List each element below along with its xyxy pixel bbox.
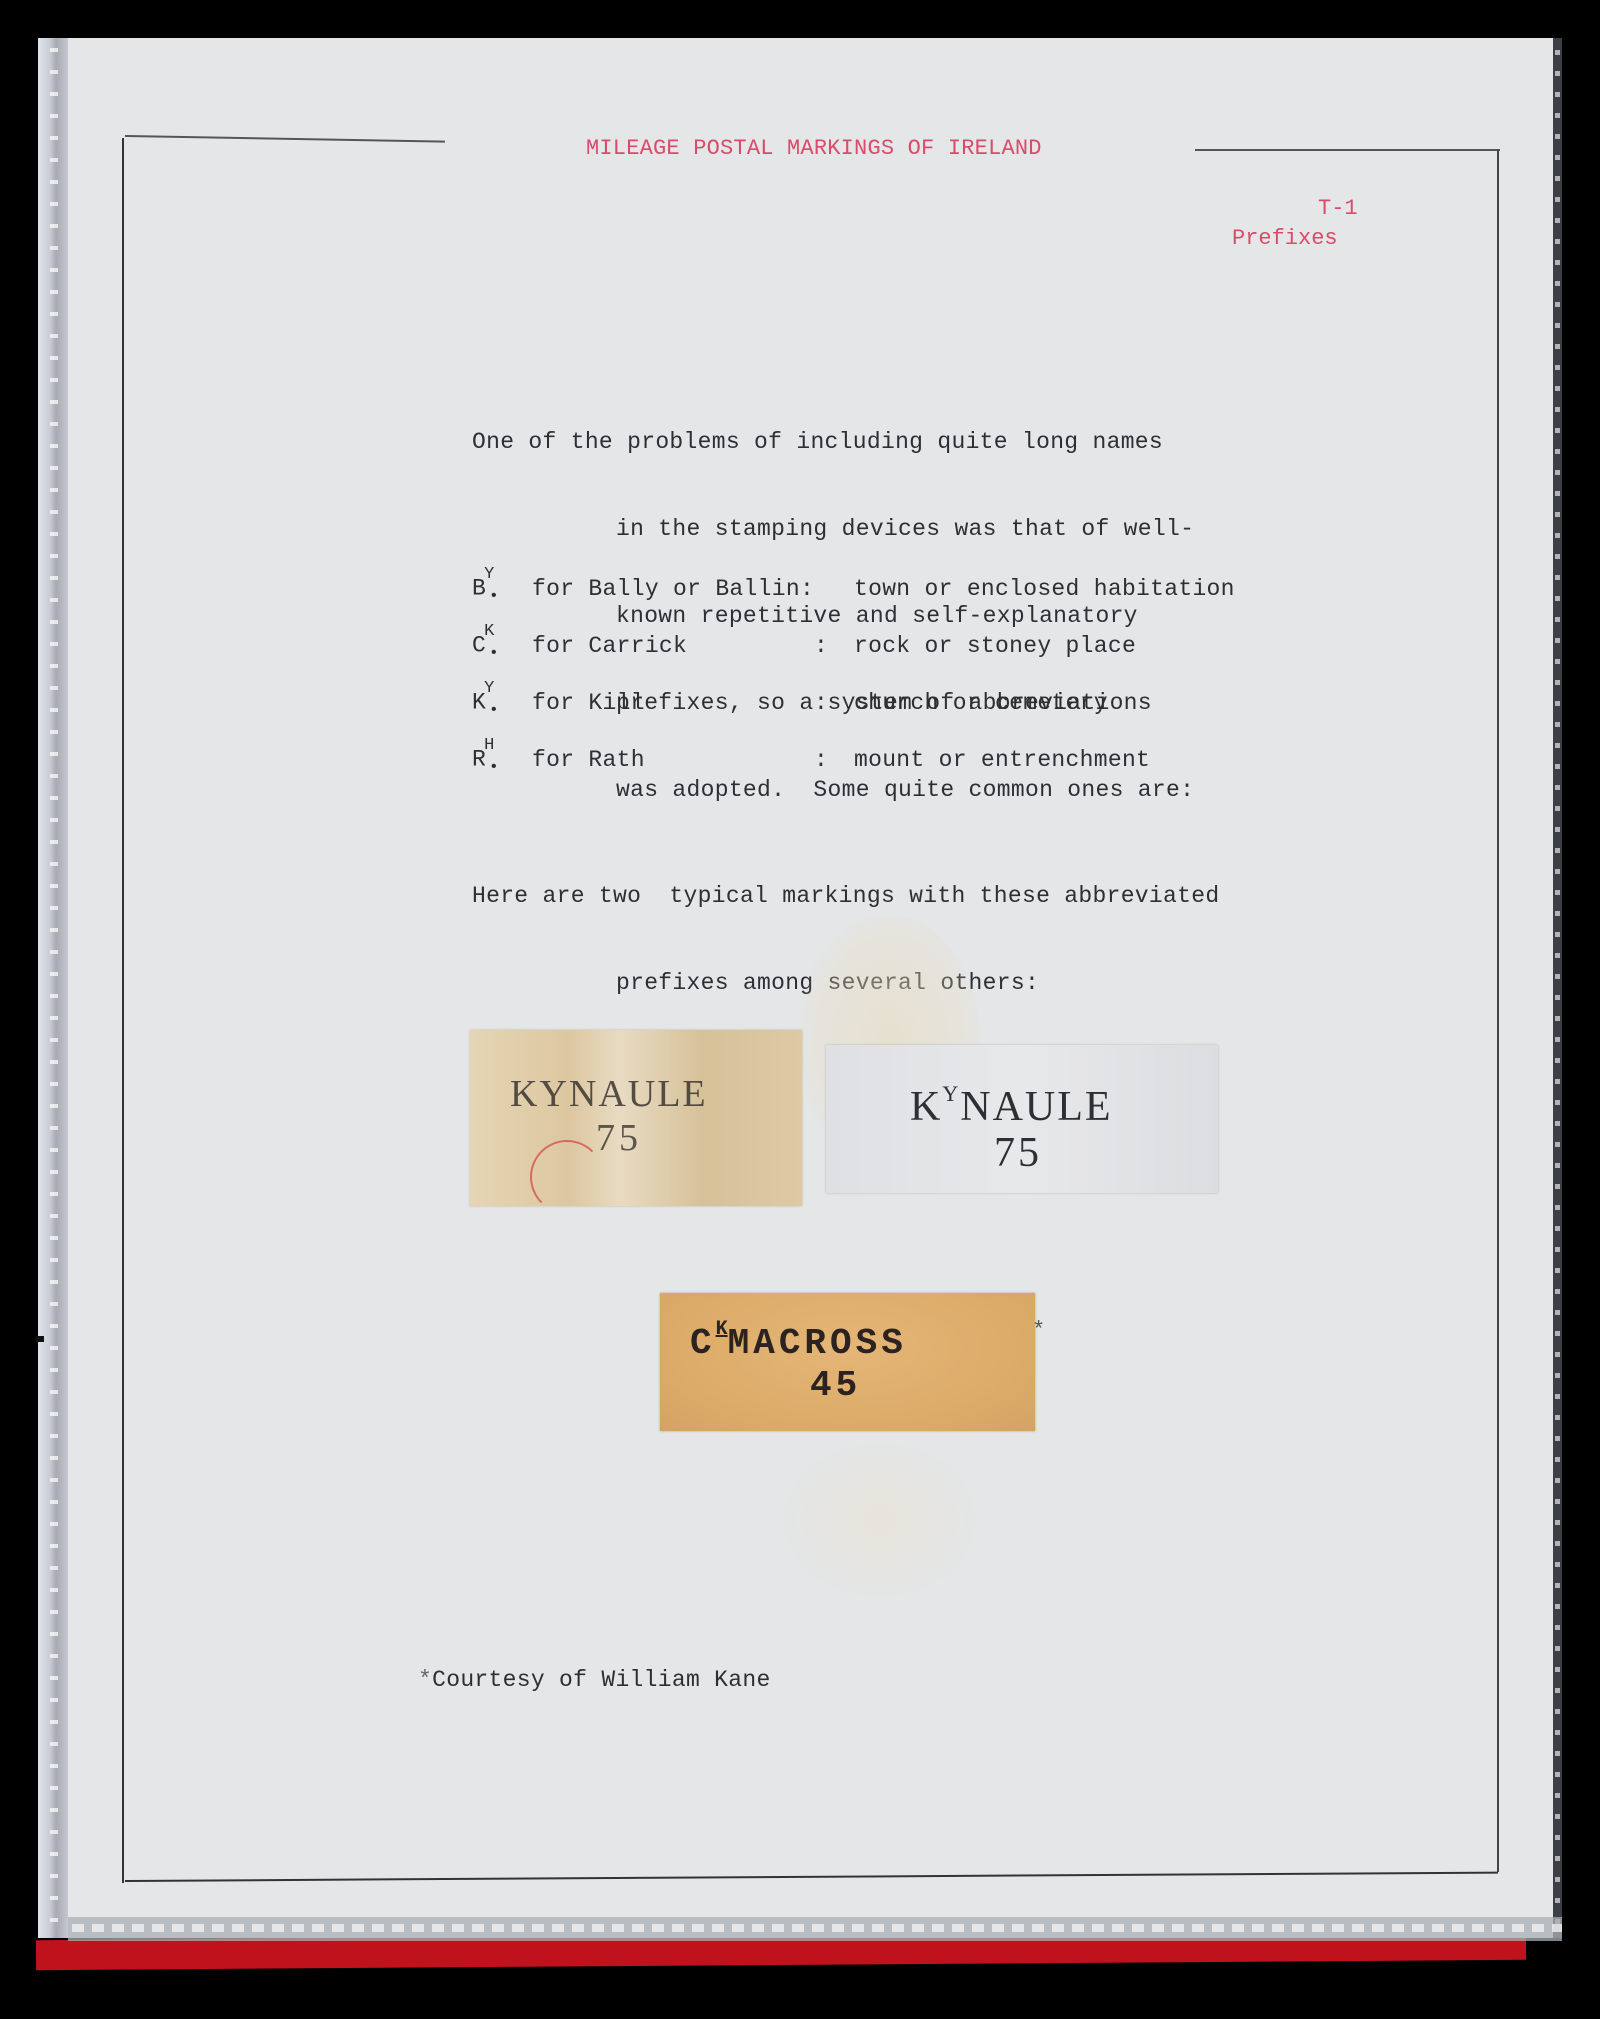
prefix-row-carrick: CK• for Carrick : rock or stoney place (472, 625, 1136, 657)
sleeve-edge-bottom (68, 1917, 1562, 1941)
prefix-row-bally: BY• for Bally or Ballin: town or enclose… (472, 568, 1235, 600)
prefix-name: for Carrick (532, 632, 814, 661)
prefix-name: for Bally or Ballin: (532, 575, 842, 604)
stamp-town: CKMACROSS (690, 1323, 907, 1364)
prefix-meaning: church or cemetery (854, 689, 1108, 718)
prefix-colon: : (814, 632, 854, 661)
prefix-abbreviation: KY• (472, 682, 532, 718)
frame-line-top-right (1195, 149, 1500, 151)
intro-line: was adopted. Some quite common ones are: (472, 776, 1194, 805)
intro-line: in the stamping devices was that of well… (472, 515, 1194, 544)
footnote: *Courtesy of William Kane (418, 1666, 771, 1695)
prefix-colon: : (814, 689, 854, 718)
sleeve-binding-left (38, 38, 68, 1938)
stamp-carrickmacross: CKMACROSS 45 (660, 1293, 1035, 1431)
paper-stain (780, 1440, 980, 1600)
stamp-town: KYNAULE (510, 1072, 708, 1116)
prefix-abbreviation: CK• (472, 625, 532, 661)
stamp-mileage: 45 (810, 1365, 861, 1406)
frame-line-right (1497, 150, 1499, 1872)
red-ink-mark (530, 1140, 604, 1214)
prefix-name: for Kill (532, 689, 814, 718)
stamp-town: KYNAULE (910, 1083, 1113, 1131)
stamp-mileage: 75 (596, 1116, 642, 1160)
prefix-abbreviation: BY• (472, 568, 532, 604)
intro-line: One of the problems of including quite l… (472, 428, 1194, 457)
sleeve-edge-right (1553, 38, 1562, 1938)
stamp-mileage: 75 (994, 1129, 1042, 1177)
prefix-row-kill: KY• for Kill : church or cemetery (472, 682, 1108, 714)
page-title: MILEAGE POSTAL MARKINGS OF IRELAND (586, 136, 1042, 161)
sheet-subject: Prefixes (1232, 226, 1338, 251)
stamp-kynaule-original: KYNAULE 75 (470, 1030, 802, 1206)
prefix-meaning: mount or entrenchment (854, 746, 1150, 775)
prefix-abbreviation: RH• (472, 739, 532, 775)
prefix-name: for Rath (532, 746, 814, 775)
footnote-marker: * (1032, 1318, 1045, 1343)
prefix-meaning: town or enclosed habitation (854, 575, 1235, 604)
prefix-colon: : (814, 746, 854, 775)
prefix-meaning: rock or stoney place (854, 632, 1136, 661)
sheet-number: T-1 (1318, 196, 1358, 221)
prefix-row-rath: RH• for Rath : mount or entrenchment (472, 739, 1150, 771)
edge-marker (36, 1336, 44, 1342)
outro-line: Here are two typical markings with these… (472, 882, 1219, 911)
frame-line-left (122, 138, 124, 1883)
stamp-kynaule-tracing: KYNAULE 75 (826, 1045, 1218, 1193)
